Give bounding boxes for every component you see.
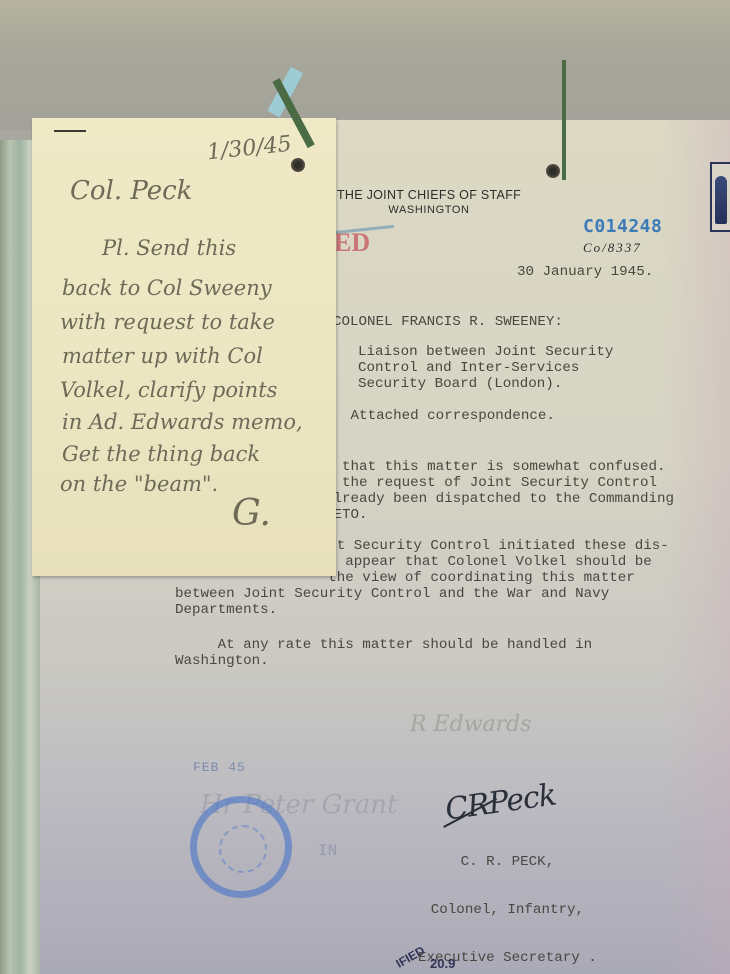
document-number-stamp: C014248 (583, 216, 662, 237)
subject-line: Liaison between Joint Security (358, 344, 613, 360)
memo-reference: : Attached correspondence. (325, 408, 555, 424)
memo-paragraph-1: s that this matter is somewhat confused.… (325, 459, 674, 523)
body-line: between Joint Security Control and the W… (175, 586, 609, 602)
punch-hole-right (546, 164, 560, 178)
subject-line: Security Board (London). (358, 376, 562, 392)
note-line: in Ad. Edwards memo, (62, 412, 303, 433)
memo-paragraph-3: At any rate this matter should be handle… (175, 637, 592, 669)
body-line: Washington. (175, 653, 269, 669)
handwritten-note-card: 1/30/45 Col. Peck Pl. Send this back to … (32, 118, 336, 576)
note-line: Col. Peck (70, 178, 192, 204)
body-line: already been dispatched to the Commandin… (325, 491, 674, 507)
document-subnumber: Co/8337 (583, 240, 642, 256)
binding-string-right (562, 60, 566, 180)
note-line: on the "beam". (60, 474, 218, 495)
note-initial: G. (232, 496, 271, 532)
government-seal-icon (710, 162, 730, 232)
note-line: Get the thing back (62, 444, 260, 465)
memo-subject: Liaison between Joint Security Control a… (358, 344, 613, 392)
declassified-stamp-number: 20.9 (430, 956, 455, 971)
subject-line: Control and Inter-Services (358, 360, 579, 376)
body-line: s that this matter is somewhat confused. (325, 459, 666, 475)
classification-stamp: ED (334, 228, 370, 258)
signature-block: C. R. PECK, Colonel, Infantry, Executive… (418, 822, 597, 974)
faint-bleedthrough-writing: R Edwards (410, 712, 532, 737)
punch-hole-left (291, 158, 305, 172)
received-stamp-partial: IN (318, 842, 337, 860)
letterhead-city: WASHINGTON (334, 204, 524, 216)
memo-date: 30 January 1945. (517, 264, 653, 280)
note-date: 1/30/45 (206, 134, 293, 165)
staple-icon (54, 130, 86, 132)
archive-shelf-background (0, 0, 730, 130)
body-line: At any rate this matter should be handle… (175, 637, 592, 653)
note-line: matter up with Col (62, 346, 263, 367)
letterhead: THE JOINT CHIEFS OF STAFF WASHINGTON (334, 188, 524, 216)
signer-name: C. R. PECK, (418, 854, 597, 870)
letterhead-organization: THE JOINT CHIEFS OF STAFF (334, 188, 524, 202)
body-line: the request of Joint Security Control (325, 475, 657, 491)
note-line: Pl. Send this (102, 238, 236, 259)
body-line: Departments. (175, 602, 277, 618)
note-line: back to Col Sweeny (62, 278, 272, 299)
note-line: with request to take (60, 312, 275, 333)
note-line: Volkel, clarify points (60, 380, 277, 401)
round-receipt-stamp (190, 796, 292, 898)
memo-recipient: COLONEL FRANCIS R. SWEENEY: (333, 314, 563, 330)
signer-rank: Colonel, Infantry, (418, 902, 597, 918)
received-date-stamp: FEB 45 (193, 760, 246, 775)
